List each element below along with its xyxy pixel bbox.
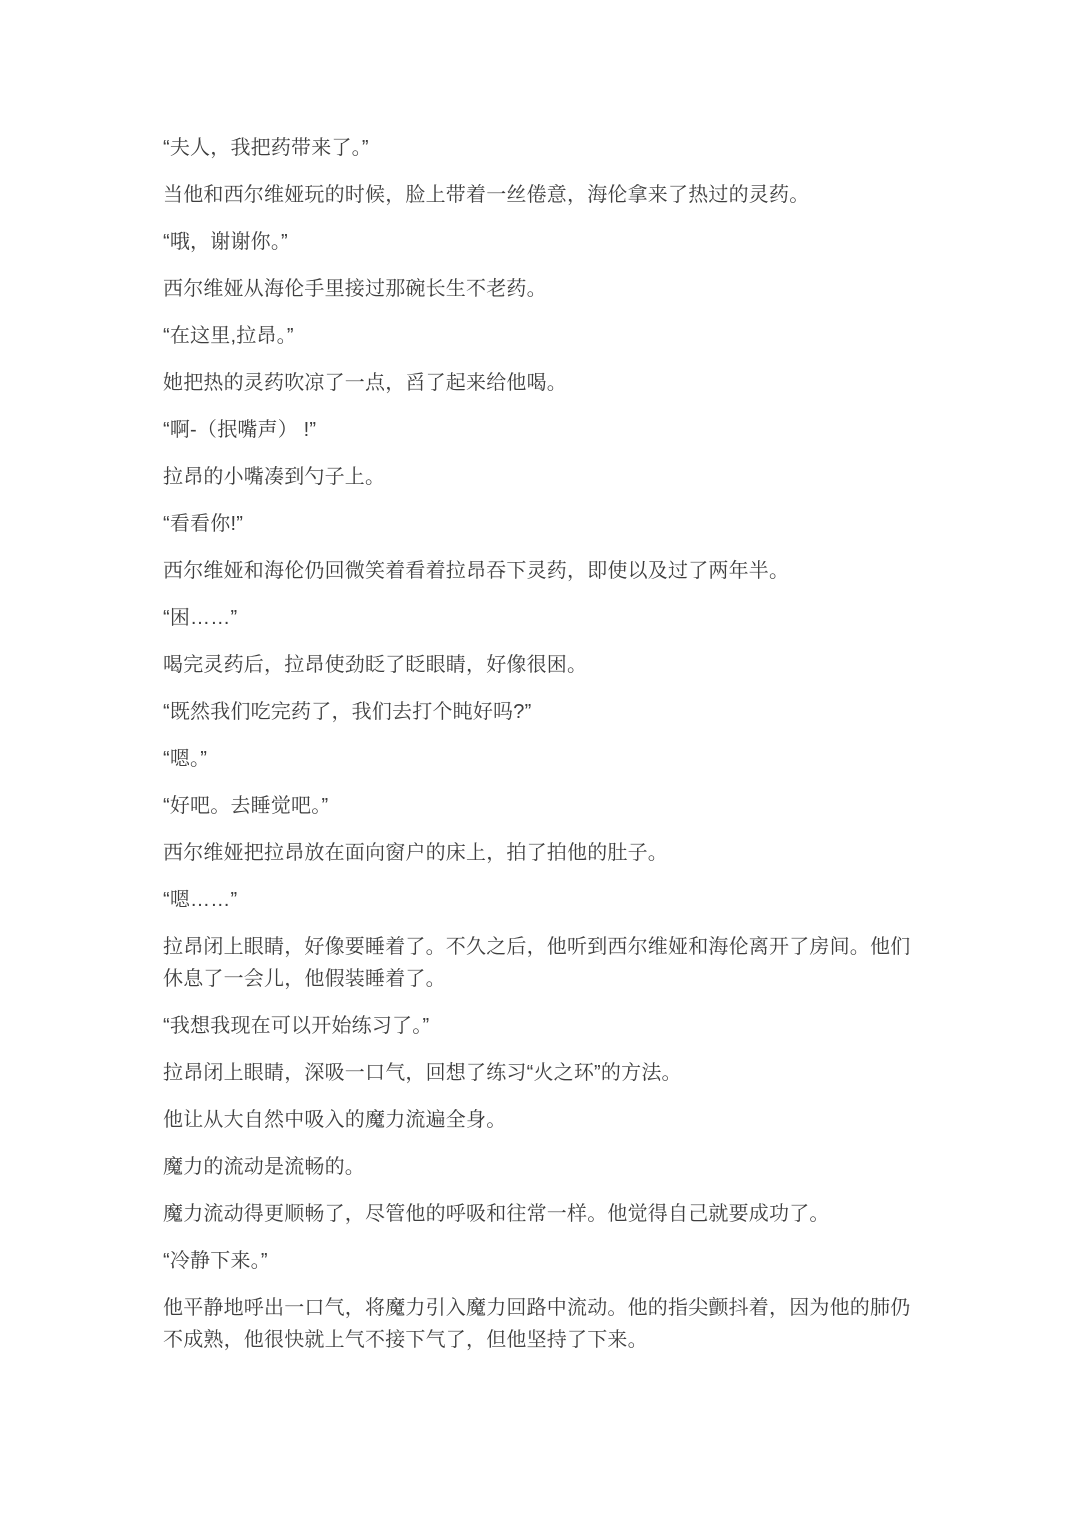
paragraph: “哦，谢谢你。” — [163, 226, 911, 258]
paragraph: “好吧。去睡觉吧。” — [163, 790, 911, 822]
paragraph: 西尔维娅把拉昂放在面向窗户的床上，拍了拍他的肚子。 — [163, 837, 911, 869]
paragraph: 当他和西尔维娅玩的时候，脸上带着一丝倦意，海伦拿来了热过的灵药。 — [163, 179, 911, 211]
document-body: “夫人，我把药带来了。”当他和西尔维娅玩的时候，脸上带着一丝倦意，海伦拿来了热过… — [163, 132, 911, 1371]
paragraph: 西尔维娅和海伦仍回微笑着看着拉昂吞下灵药，即使以及过了两年半。 — [163, 555, 911, 587]
paragraph: 西尔维娅从海伦手里接过那碗长生不老药。 — [163, 273, 911, 305]
paragraph: 魔力的流动是流畅的。 — [163, 1151, 911, 1183]
paragraph: “困……” — [163, 602, 911, 634]
paragraph: “嗯……” — [163, 884, 911, 916]
paragraph: “夫人，我把药带来了。” — [163, 132, 911, 164]
paragraph: “既然我们吃完药了，我们去打个盹好吗?” — [163, 696, 911, 728]
document-page: “夫人，我把药带来了。”当他和西尔维娅玩的时候，脸上带着一丝倦意，海伦拿来了热过… — [0, 0, 1074, 1519]
paragraph: 拉昂的小嘴凑到勺子上。 — [163, 461, 911, 493]
paragraph: 魔力流动得更顺畅了，尽管他的呼吸和往常一样。他觉得自己就要成功了。 — [163, 1198, 911, 1230]
paragraph: 喝完灵药后，拉昂使劲眨了眨眼睛，好像很困。 — [163, 649, 911, 681]
paragraph: “我想我现在可以开始练习了。” — [163, 1010, 911, 1042]
paragraph: “在这里,拉昂。” — [163, 320, 911, 352]
paragraph: “看看你!” — [163, 508, 911, 540]
paragraph: “啊-（抿嘴声） !” — [163, 414, 911, 446]
paragraph: “嗯。” — [163, 743, 911, 775]
paragraph: 她把热的灵药吹凉了一点，舀了起来给他喝。 — [163, 367, 911, 399]
paragraph: “冷静下来。” — [163, 1245, 911, 1277]
paragraph: 他平静地呼出一口气，将魔力引入魔力回路中流动。他的指尖颤抖着，因为他的肺仍不成熟… — [163, 1292, 911, 1356]
paragraph: 拉昂闭上眼睛，深吸一口气，回想了练习“火之环”的方法。 — [163, 1057, 911, 1089]
paragraph: 拉昂闭上眼睛，好像要睡着了。不久之后，他听到西尔维娅和海伦离开了房间。他们休息了… — [163, 931, 911, 995]
paragraph: 他让从大自然中吸入的魔力流遍全身。 — [163, 1104, 911, 1136]
